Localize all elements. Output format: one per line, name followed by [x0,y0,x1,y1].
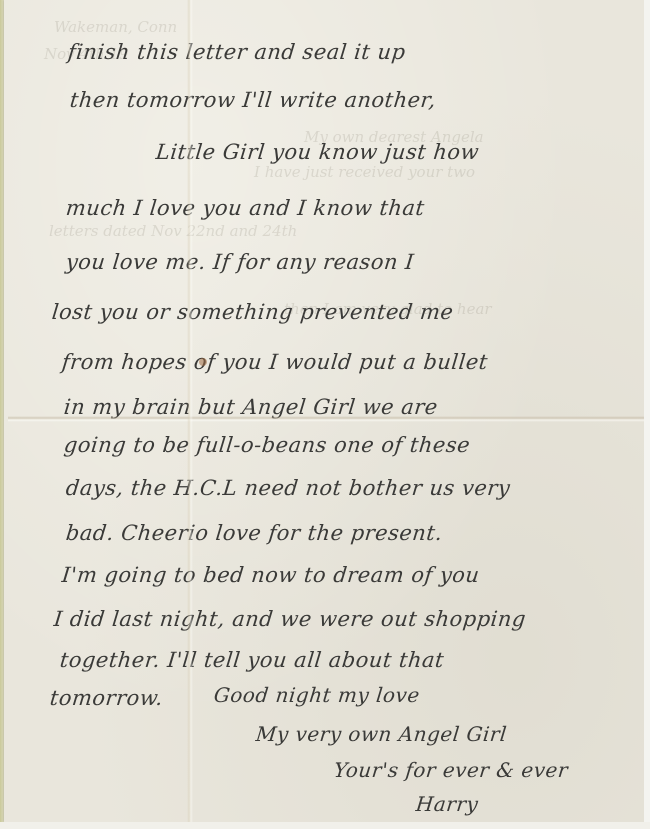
horizontal-fold-crease [8,416,648,422]
letter-page: Wakeman, Conn Nov 4th 19 My own dearest … [4,0,644,822]
letter-line: going to be full-o-beans one of these [63,433,472,457]
scan-bottom-edge [0,822,650,829]
letter-line: together. I'll tell you all about that [59,648,446,672]
closing-line: Good night my love [213,683,421,707]
letter-line: you love me. If for any reason I [65,250,416,274]
ink-stain [199,358,207,366]
letter-line: finish this letter and seal it up [67,40,407,64]
bleed-through-text: letters dated Nov 22nd and 24th [49,222,297,240]
letter-line: bad. Cheerio love for the present. [65,521,444,545]
letter-line: much I love you and I know that [65,196,426,220]
letter-line: then tomorrow I'll write another, [69,88,438,112]
letter-line: I'm going to bed now to dream of you [61,563,481,587]
letter-line: I did last night, and we were out shoppi… [53,607,527,631]
letter-line: tomorrow. [49,686,165,710]
letter-line: days, the H.C.L need not bother us very [65,476,512,500]
letter-line: lost you or something prevented me [51,300,455,324]
scan-right-edge [644,0,650,829]
letter-line: from hopes of you I would put a bullet [61,350,489,374]
signature: Harry [415,792,480,816]
bleed-through-text: I have just received your two [254,163,475,181]
closing-line: My very own Angel Girl [255,722,508,746]
letter-line: Little Girl you know just how [155,140,481,164]
closing-line: Your's for ever & ever [333,758,570,782]
bleed-through-text: Wakeman, Conn [54,18,177,36]
vertical-fold-crease [187,0,193,822]
